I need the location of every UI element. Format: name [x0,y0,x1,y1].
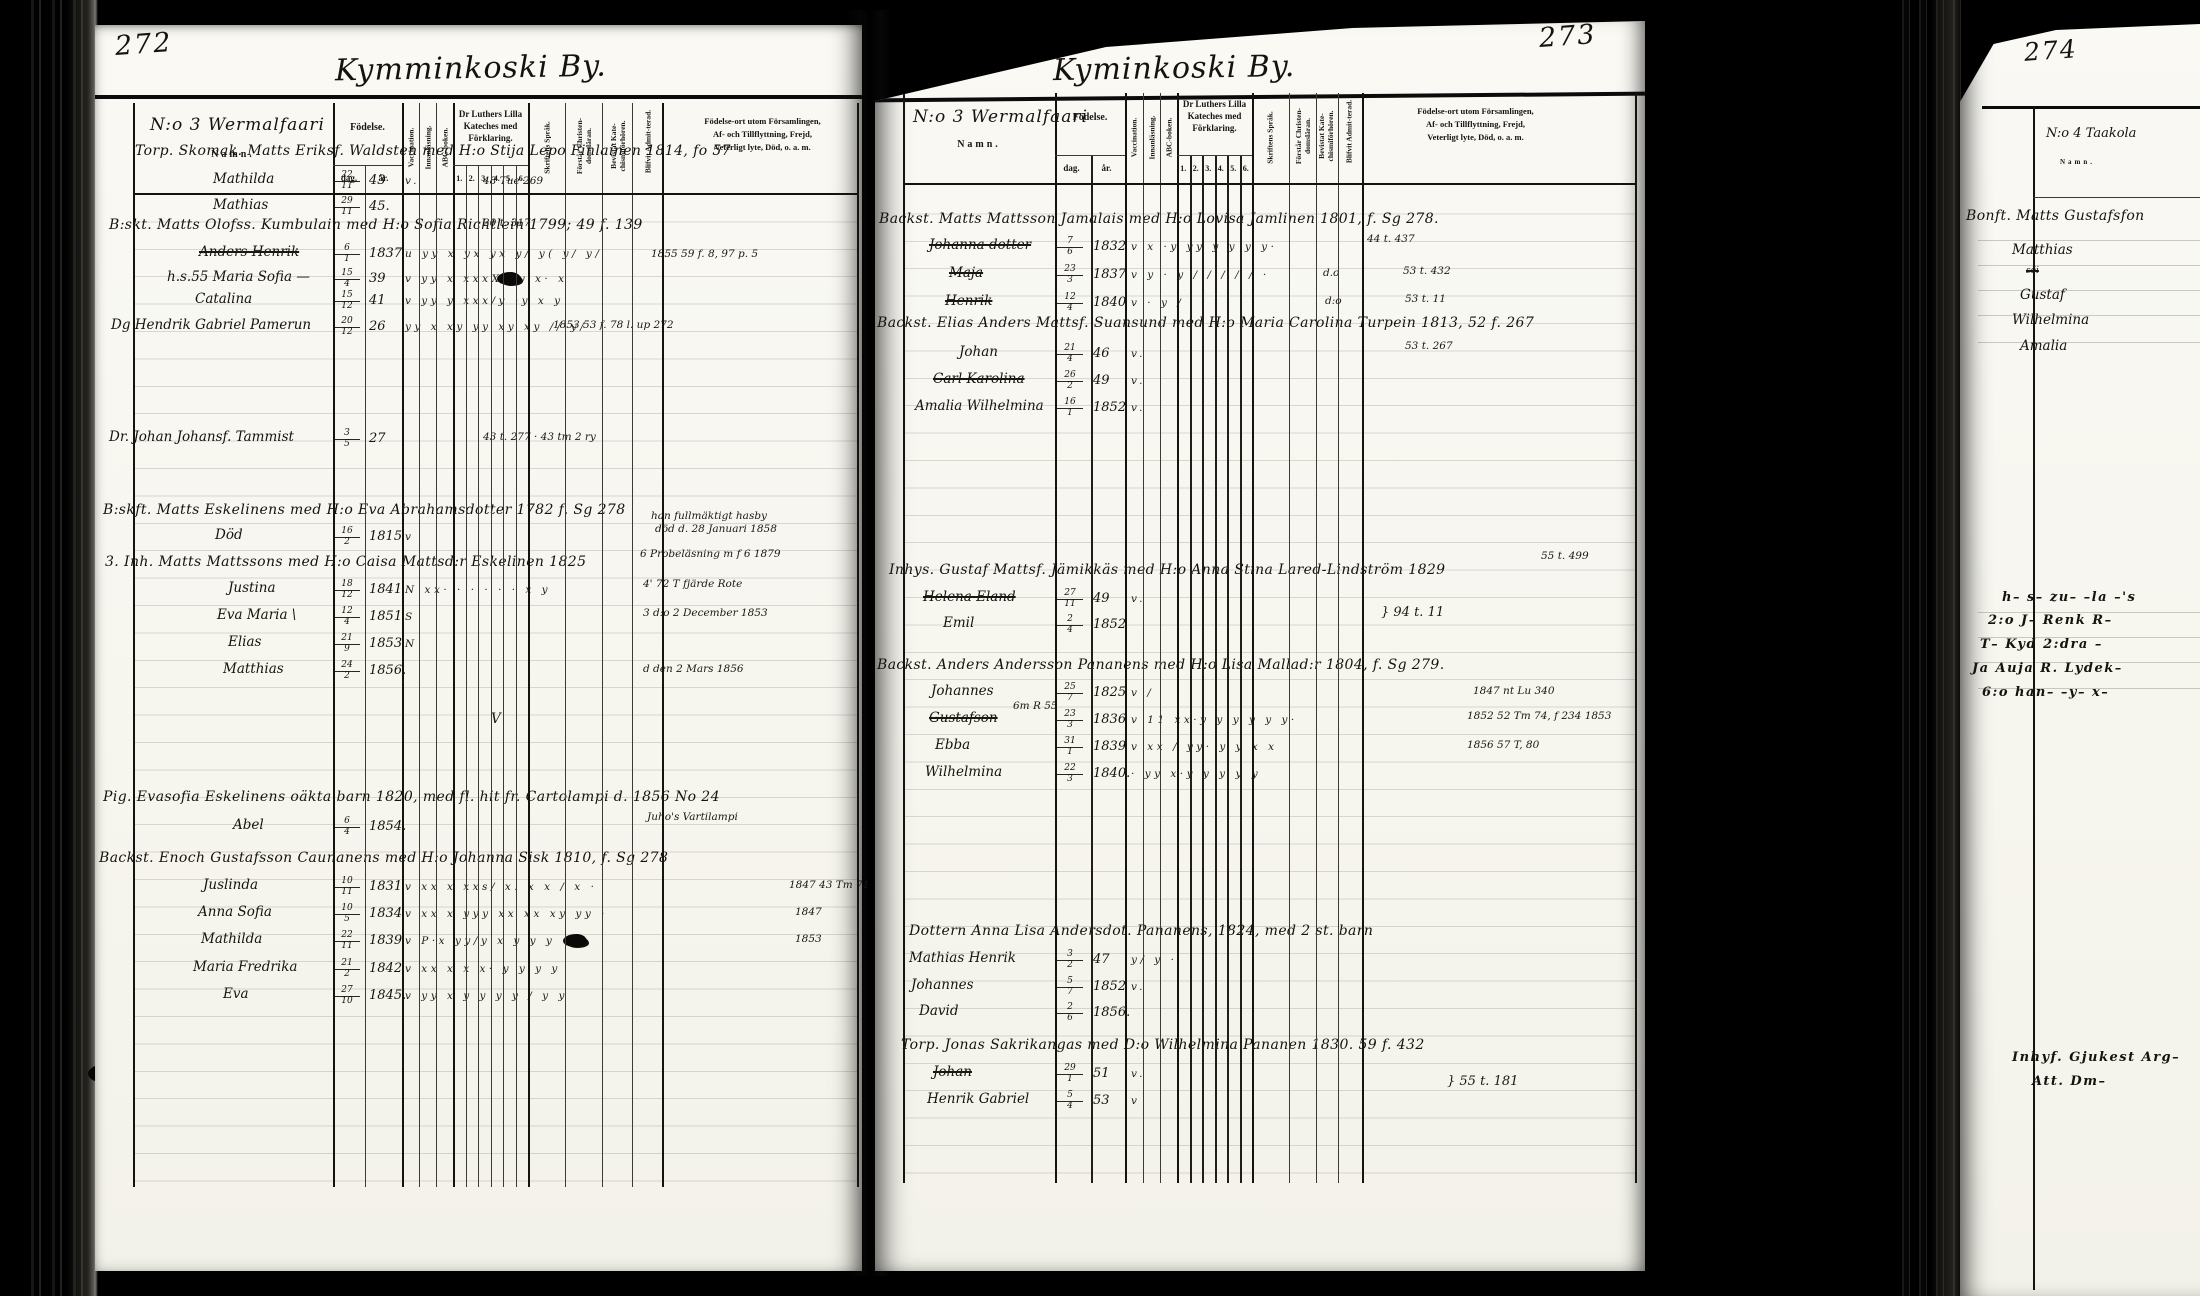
birth-year-cell: 1842 [369,961,402,976]
name-cell: Mathias Henrik [909,950,1016,966]
name-cell: Ja Auja R. Lydek– [1972,661,2123,676]
name-cell: Gustafson [929,710,998,726]
birth-day-cell: 57 [1057,977,1083,998]
birth-year-cell: 47 [1093,952,1110,967]
name-cell: Backst. Matts Mattsson Jamalais med H:o … [879,211,1439,227]
name-cell: T– Kyd 2:dra – [1980,637,2103,652]
name-cell: Matthias [223,661,284,677]
column-rule [466,165,467,1187]
examination-marks: v yy x y y y y / y y [405,990,568,1002]
examination-marks: S [405,611,416,623]
name-cell: Henrik Gabriel [927,1091,1029,1107]
examination-marks: v [405,531,414,543]
row-rule [1055,155,1125,156]
column-rule [1160,93,1161,1183]
margin-note: 55 t. 499 [1541,550,1589,562]
name-cell: Ebba [935,737,970,753]
column-rule [133,103,135,1187]
column-rule [491,165,492,1187]
column-rule [478,165,479,1187]
birth-year-cell: 1852 [1093,979,1126,994]
name-cell: Johannes [911,977,974,993]
record-row: Gustafson2331836v 11 xx·y y y y y y·6m R… [875,710,1645,736]
examination-marks: v y · y / / / / / · [1131,269,1270,281]
column-rule [1143,93,1144,1183]
column-rule [1227,155,1229,1183]
page-273: 273 Kyminkoski By. N:o 3 Wermalfaari Nam… [875,15,1645,1271]
birth-year-cell: 1841 [369,582,402,597]
record-row: Henrik Gabriel5453v [875,1091,1645,1117]
name-cell: B:skt. Matts Olofss. Kumbulain med H:o S… [109,217,643,233]
margin-note: 1853 53 f. 78 l. up 272 [553,319,674,331]
record-row: Amalia Wilhelmina1611852v. [875,398,1645,424]
family-head-row: Backst. Matts Mattsson Jamalais med H:o … [875,211,1645,237]
margin-note: d den 2 Mars 1856 [643,663,744,675]
name-cell: Dg Hendrik Gabriel Pamerun [111,317,311,333]
birth-year-cell: 1831 [369,879,402,894]
birth-day-cell: 2211 [334,171,360,192]
column-header-kateches-num: 2. [1190,164,1203,173]
records-area: Bonft. Matts GustafsfonMatthiassöiGustaf… [1960,0,2200,1296]
name-cell: David [919,1003,958,1019]
row-rule [2033,197,2200,198]
column-rule [1289,93,1290,1183]
record-row: Maja2331837v y · y / / / / / ·d.o53 t. 4… [875,265,1645,291]
name-cell: Henrik [945,293,992,309]
margin-note: 1852 52 Tm 74, f 234 1853 [1467,710,1611,722]
name-cell: Johan [933,1064,972,1080]
birth-day-cell: 2911 [334,197,360,218]
name-cell: h.s.55 Maria Sofia — [167,269,310,285]
column-rule [1362,93,1364,1183]
column-header-kateches-num: 6. [516,174,529,183]
ink-stamp [563,934,587,947]
birth-day-cell: 105 [334,904,360,925]
margin-note: 1847 nt Lu 340 [1473,685,1555,697]
name-cell: Eva [223,986,249,1002]
page-272: 272 Kymminkoski By. N:o 3 Wermalfaari Na… [95,25,862,1271]
name-cell: Juslinda [203,877,258,893]
name-cell: h– s– zu– –la –'s [2002,590,2136,605]
birth-year-cell: 1815 [369,529,402,544]
birth-year-cell: 1854. [369,819,406,834]
birth-year-cell: 1839 [1093,739,1126,754]
examination-marks: v x ·y yy y y y y· [1131,241,1277,253]
column-header-kateches-num: 1. [1177,164,1190,173]
column-rule [565,103,566,1187]
name-cell: Backst. Elias Anders Mattsf. Suansund me… [877,315,1534,331]
birth-day-cell: 223 [1057,764,1083,785]
column-rule [602,103,603,1187]
birth-day-cell: 124 [334,607,360,628]
name-cell: Catalina [195,291,252,307]
record-row: Helena Eland271149v. [875,589,1645,615]
examination-marks: v [1131,1095,1140,1107]
record-row: Att. Dm– [1960,1074,2200,1100]
family-head-row: Bonft. Matts Gustafsfon [1960,208,2200,234]
row-rule [1978,240,2200,241]
margin-note: 53 t. 267 [1405,340,1453,352]
name-cell: Död [215,527,243,543]
name-cell: Johannes [931,683,994,699]
row-rule [453,165,528,166]
birth-day-cell: 26 [1057,1003,1083,1024]
column-rule [1635,93,1637,1183]
birth-day-cell: 54 [1057,1091,1083,1112]
record-row: T– Kyd 2:dra – [1960,637,2200,663]
name-cell: Eva Maria \ [217,607,296,623]
name-cell: Pig. Evasofia Eskelinens oäkta barn 1820… [103,789,720,805]
column-rule [516,165,517,1187]
margin-note: 4' 72 T fjärde Rote [643,578,742,590]
birth-day-cell: 61 [334,244,360,265]
birth-day-cell: 212 [334,959,360,980]
birth-year-cell: 1852 [1093,617,1126,632]
margin-note: 1856 57 T, 80 [1467,739,1539,751]
record-row: Johannes2571825v /1847 nt Lu 340 [875,683,1645,709]
name-cell: Johanna dotter [929,237,1031,253]
row-rule [1978,342,2200,343]
column-rule [528,103,530,1187]
birth-day-cell: 1812 [334,580,360,601]
column-rule [662,103,664,1187]
birth-day-cell: 257 [1057,683,1083,704]
birth-day-cell: 24 [1057,615,1083,636]
examination-marks: v yy y xxx/y ·y x y [405,295,564,307]
column-header-kateches-num: 3. [1202,164,1215,173]
examination-marks: v xx x xxs/ x. x x / x · [405,881,597,893]
name-cell: Torp. Jonas Sakrikangas med D:o Wilhelmi… [901,1037,1425,1053]
birth-day-cell: 242 [334,661,360,682]
margin-note: 53 t. 11 [1405,293,1446,305]
column-header-kateches-num: 2. [466,174,479,183]
column-rule [1190,155,1192,1183]
record-row: Mathias Henrik3247y/ y · [875,950,1645,976]
birth-day-cell: 2012 [334,317,360,338]
birth-day-cell: 2710 [334,986,360,1007]
family-head-row: Inhys. Gustaf Mattsf. Jämikkäs med H:o A… [875,562,1645,588]
birth-year-cell: 1851 [369,609,402,624]
row-rule [903,183,1635,185]
column-header-kateches-num: 5. [1227,164,1240,173]
birth-day-cell: 154 [334,269,360,290]
name-cell: Maja [949,265,983,281]
row-rule [1978,612,2200,613]
birth-day-cell: 2211 [334,931,360,952]
name-cell: Maria Fredrika [193,959,297,975]
margin-note: } 94 t. 11 [1381,605,1444,620]
column-rule [1202,155,1204,1183]
name-cell: Emil [943,615,974,631]
column-rule [365,165,366,1187]
record-row: Carl Karolina26249v. [875,371,1645,397]
margin-note: } 55 t. 181 [1447,1074,1518,1089]
column-rule [2033,106,2035,1290]
birth-year-cell: 1834 [369,906,402,921]
birth-day-cell: 32 [1057,950,1083,971]
margin-note: 43 t. 277 · 43 tm 2 ry [483,431,596,443]
row-rule [1978,688,2200,689]
name-cell: Wilhelmina [925,764,1002,780]
examination-marks: N [405,638,418,650]
birth-year-cell: 1825 [1093,685,1126,700]
birth-year-cell: 1839 [369,933,402,948]
page-274: 274 N:o 4 Taakola Namn. Bonft. Matts Gus… [1960,0,2200,1296]
name-cell: Amalia [2020,338,2067,354]
birth-year-cell: 43 [369,173,386,188]
record-row: Emil241852} 94 t. 11 [875,615,1645,641]
name-cell: Carl Karolina [933,371,1025,387]
birth-year-cell: 27 [369,431,386,446]
examination-marks: v yy x xxxXx y x· x [405,273,568,285]
row-rule [333,165,402,166]
name-cell: Anna Sofia [198,904,272,920]
column-rule [436,103,437,1187]
margin-note: d:o [1325,295,1342,307]
birth-year-cell: 1856. [369,663,406,678]
birth-year-cell: 49 [1093,373,1110,388]
birth-day-cell: 233 [1057,710,1083,731]
birth-year-cell: 1853 [369,636,402,651]
examination-marks: y/ y · [1131,954,1177,966]
birth-day-cell: 2711 [1057,589,1083,610]
column-rule [903,93,905,1183]
column-rule [632,103,633,1187]
name-cell: Torp. Skomak. Matts Eriksf. Waldsten med… [135,143,731,159]
birth-year-cell: 1832 [1093,239,1126,254]
birth-year-cell: 46 [1093,346,1110,361]
name-cell: Anders Henrik [199,244,299,260]
column-rule [1215,155,1217,1183]
birth-day-cell: 1512 [334,291,360,312]
name-cell: Justina [228,580,276,596]
row-rule [133,193,857,195]
name-cell: Att. Dm– [2032,1074,2106,1089]
name-cell: Inhyf. Gjukest Arg– [2012,1050,2180,1065]
birth-year-cell: 1852 [1093,400,1126,415]
book-edge-right-volume [1898,0,1962,1296]
record-row: Johanna dotter761832v x ·y yy y y y y·44… [875,237,1645,263]
birth-year-cell: 1837 [369,246,402,261]
birth-year-cell: 53 [1093,1093,1110,1108]
name-cell: Amalia Wilhelmina [915,398,1044,414]
row-rule [1978,290,2200,291]
birth-year-cell: 51 [1093,1066,1110,1081]
examination-marks: · yy x·y y y y y [1131,768,1261,780]
birth-day-cell: 214 [1057,344,1083,365]
book-edge-left [26,0,98,1296]
record-row: 2:o J– Renk R– [1960,613,2200,639]
margin-note: 44 t. 437 [1367,233,1415,245]
column-rule [453,103,455,1187]
margin-note: 6m R 55 [1013,700,1058,712]
birth-day-cell: 219 [334,634,360,655]
birth-day-cell: 1011 [334,877,360,898]
column-header-kateches-num: 4. [491,174,504,183]
name-cell: Mathias [213,197,268,213]
birth-year-cell: 26 [369,319,386,334]
ink-stamp [497,272,521,285]
record-row: Ja Auja R. Lydek– [1960,661,2200,687]
name-cell: Abel [233,817,264,833]
birth-day-cell: 76 [1057,237,1083,258]
name-cell: Helena Eland [923,589,1016,605]
name-cell: 3. Inh. Matts Mattssons med H:o Caisa Ma… [105,554,586,570]
birth-day-cell: 124 [1057,293,1083,314]
margin-note: 1855 59 f. 8, 97 p. 5 [651,248,758,260]
column-rule [503,165,504,1187]
birth-year-cell: 39 [369,271,386,286]
examination-marks: v xx x x x· y y y y [405,963,561,975]
record-row: Ebba3111839v xx / yy· y y x x1856 57 T, … [875,737,1645,763]
column-header-kateches-num: 4. [1215,164,1228,173]
column-header-kateches-num: 6. [1240,164,1253,173]
birth-year-cell: 45. [369,199,390,214]
record-row: David261856. [875,1003,1645,1029]
birth-year-cell: 49 [1093,591,1110,606]
birth-day-cell: 262 [1057,371,1083,392]
family-head-row: Dottern Anna Lisa Andersdot. Pananens, 1… [875,923,1645,949]
column-rule [1055,93,1057,1183]
column-rule [1177,93,1179,1183]
row-rule [1978,637,2200,638]
examination-marks: v P·x yy/y x y y y [405,935,555,947]
family-head-row: Torp. Jonas Sakrikangas med D:o Wilhelmi… [875,1037,1645,1063]
margin-note: 1847 [795,906,822,918]
birth-year-cell: 1836 [1093,712,1126,727]
birth-day-cell: 64 [334,817,360,838]
margin-note: 53 t. 432 [1403,265,1451,277]
birth-year-cell: 41 [369,293,386,308]
column-header-kateches-num: 5. [503,174,516,183]
record-row: Johannes571852v. [875,977,1645,1003]
birth-day-cell: 35 [334,429,360,450]
name-cell: Mathilda [201,931,262,947]
name-cell: Johan [959,344,998,360]
document-scan: { "pages": [ { "number": "272", "title":… [0,0,2200,1296]
column-rule [1316,93,1317,1183]
record-row: Johan21446v.53 t. 267 [875,344,1645,370]
row-rule [1978,265,2200,266]
examination-marks: v xx / yy· y y x x [1131,741,1278,753]
name-cell: Backst. Enoch Gustafsson Caunanens med H… [99,850,668,866]
birth-day-cell: 162 [334,527,360,548]
column-rule [1240,155,1242,1183]
examination-marks: v. [405,175,420,187]
record-row: Johan29151v.} 55 t. 181 [875,1064,1645,1090]
birth-year-cell: 1840 [1093,295,1126,310]
birth-day-cell: 161 [1057,398,1083,419]
margin-note: 1853 [795,933,822,945]
column-rule [1338,93,1339,1183]
name-cell: Matthias [2012,242,2073,258]
family-head-row: Backst. Anders Andersson Pananens med H:… [875,657,1645,683]
column-rule [402,103,404,1187]
family-head-row: Backst. Elias Anders Mattsf. Suansund me… [875,315,1645,341]
row-rule [1978,662,2200,663]
name-cell: Dr. Johan Johansf. Tammist [109,429,294,445]
name-cell: Mathilda [213,171,274,187]
birth-day-cell: 291 [1057,1064,1083,1085]
birth-year-cell: 1845. [369,988,406,1003]
column-rule [419,103,420,1187]
column-rule [1125,93,1127,1183]
column-rule [333,103,335,1187]
column-header-kateches-num: 3. [478,174,491,183]
name-cell: Dottern Anna Lisa Andersdot. Pananens, 1… [909,923,1373,939]
name-cell: 2:o J– Renk R– [1988,613,2113,628]
birth-year-cell: 1837 [1093,267,1126,282]
row-rule [1978,315,2200,316]
birth-day-cell: 311 [1057,737,1083,758]
margin-note: d.o [1323,267,1339,279]
name-cell: Elias [228,634,261,650]
column-rule [1091,155,1093,1183]
margin-note: han fullmäktigt hasby [651,510,767,522]
record-row: Inhyf. Gjukest Arg– [1960,1050,2200,1076]
birth-day-cell: 233 [1057,265,1083,286]
column-rule [857,103,859,1187]
name-cell: Bonft. Matts Gustafsfon [1966,208,2145,224]
row-rule [1177,155,1252,156]
name-cell: V [491,711,501,727]
column-rule [1252,93,1254,1183]
column-header-kateches-num: 1. [453,174,466,183]
records-area: Backst. Matts Mattsson Jamalais med H:o … [875,15,1645,1271]
record-row: Wilhelmina2231840.· yy x·y y y y y [875,764,1645,790]
margin-note: Juho's Vartilampi [647,811,738,823]
